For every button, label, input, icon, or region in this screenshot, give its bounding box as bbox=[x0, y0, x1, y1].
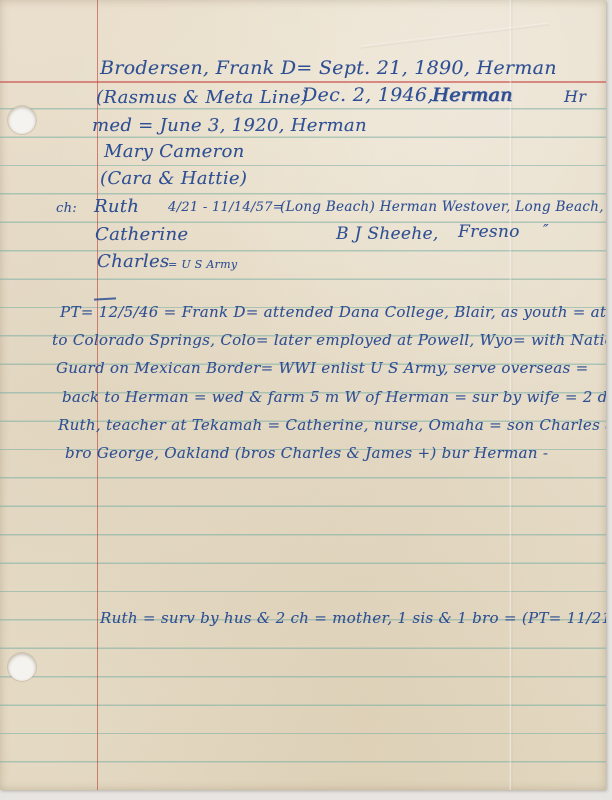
obituary-line-1: PT= 12/5/46 = Frank D= attended Dana Col… bbox=[60, 303, 606, 321]
addendum-ruth-line: Ruth = surv by hus & 2 ch = mother, 1 si… bbox=[100, 609, 606, 627]
obituary-line-5: Ruth, teacher at Tekamah = Catherine, nu… bbox=[58, 416, 606, 434]
child2-place: Fresno bbox=[458, 222, 520, 242]
header-red-rule bbox=[0, 81, 606, 83]
entry-marriage-line: med = June 3, 1920, Herman bbox=[92, 115, 367, 136]
obituary-line-2: to Colorado Springs, Colo= later employe… bbox=[52, 331, 606, 349]
hole-punch-bottom bbox=[8, 653, 36, 681]
child3-note: = U S Army bbox=[168, 258, 237, 271]
entry-hr-note: Hr bbox=[564, 87, 586, 106]
obituary-line-4: back to Herman = wed & farm 5 m W of Her… bbox=[62, 388, 606, 406]
notebook-page: Brodersen, Frank D= Sept. 21, 1890, Herm… bbox=[0, 0, 606, 790]
child1-name: Ruth bbox=[94, 196, 139, 217]
hole-punch-top bbox=[8, 106, 36, 134]
entry-death-place-overwritten: Herman bbox=[432, 84, 512, 106]
child2-spouse: B J Sheehe, bbox=[336, 224, 439, 244]
children-label: ch: bbox=[56, 201, 77, 216]
entry-death-date: Dec. 2, 1946, bbox=[302, 84, 434, 106]
child1-dates: 4/21 - 11/14/57= bbox=[168, 200, 284, 215]
entry-name-birth-line: Brodersen, Frank D= Sept. 21, 1890, Herm… bbox=[100, 57, 557, 79]
child1-info: (Long Beach) Herman Westover, Long Beach… bbox=[280, 199, 606, 215]
obituary-line-3: Guard on Mexican Border= WWI enlist U S … bbox=[56, 359, 588, 377]
spouse-name: Mary Cameron bbox=[104, 141, 245, 162]
obituary-line-6: bro George, Oakland (bros Charles & Jame… bbox=[65, 444, 548, 462]
entry-parents: (Rasmus & Meta Line) bbox=[96, 87, 308, 108]
paper-crease-diagonal bbox=[361, 22, 550, 48]
ditto-mark: ″ bbox=[543, 221, 549, 239]
spouse-parents: (Cara & Hattie) bbox=[100, 168, 247, 189]
child2-name: Catherine bbox=[95, 224, 188, 245]
child3-name: Charles bbox=[97, 251, 169, 272]
